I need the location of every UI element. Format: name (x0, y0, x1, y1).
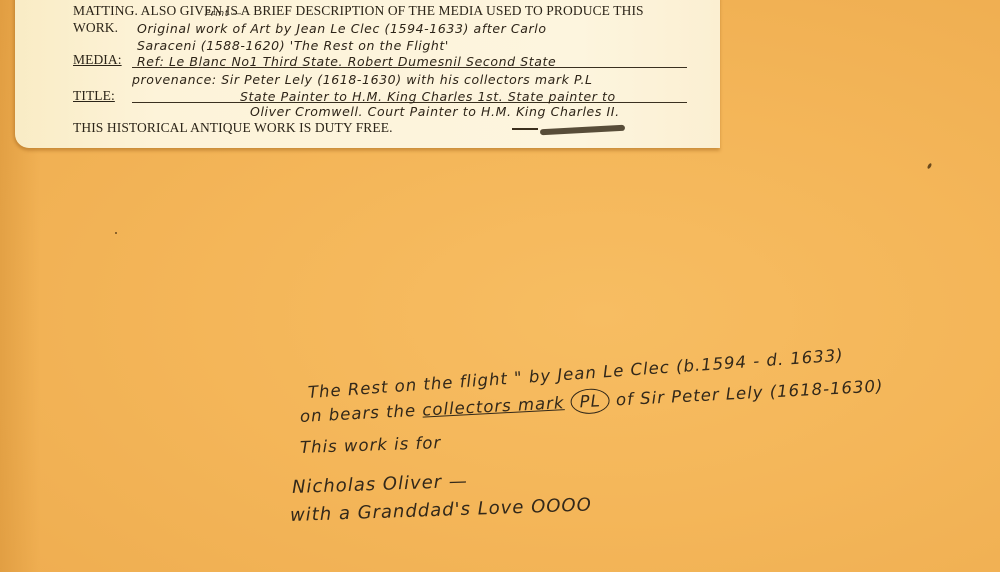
handwritten-line-2: Saraceni (1588-1620) 'The Rest on the Fl… (137, 38, 449, 53)
printed-media-label: MEDIA: (73, 52, 122, 68)
printed-header-line: MATTING. ALSO GIVEN IS A BRIEF DESCRIPTI… (73, 3, 644, 19)
handwritten-line-5: State Painter to H.M. King Charles 1st. … (240, 89, 616, 104)
handwritten-line-6: Oliver Cromwell. Court Painter to H.M. K… (250, 104, 620, 119)
printed-title-label: TITLE: (73, 88, 115, 104)
strikeout-tick (512, 128, 538, 130)
handwritten-line-1: Original work of Art by Jean Le Clec (15… (137, 21, 547, 36)
paper-speck (927, 163, 933, 170)
note-circled-pl-mark: PL (570, 388, 610, 415)
note-line-5-dedication: with a Granddad's Love OOOO (290, 494, 593, 526)
note-line-2-suffix: of Sir Peter Lely (1618-1630) (616, 376, 884, 409)
handwritten-insert-print: Print — (205, 9, 242, 19)
handwritten-line-3: Ref: Le Blanc No1 Third State. Robert Du… (137, 54, 556, 69)
note-line-3: This work is for (300, 433, 442, 457)
printed-duty-free-footer: THIS HISTORICAL ANTIQUE WORK IS DUTY FRE… (73, 120, 393, 136)
note-line-2-prefix: on bears the (300, 401, 417, 426)
printed-work-label: WORK. (73, 20, 118, 36)
paper-speck (115, 232, 117, 234)
handwritten-line-4: provenance: Sir Peter Lely (1618-1630) w… (132, 72, 593, 87)
note-line-4-recipient: Nicholas Oliver — (292, 471, 469, 498)
note-collectors-mark: collectors mark (422, 393, 565, 419)
